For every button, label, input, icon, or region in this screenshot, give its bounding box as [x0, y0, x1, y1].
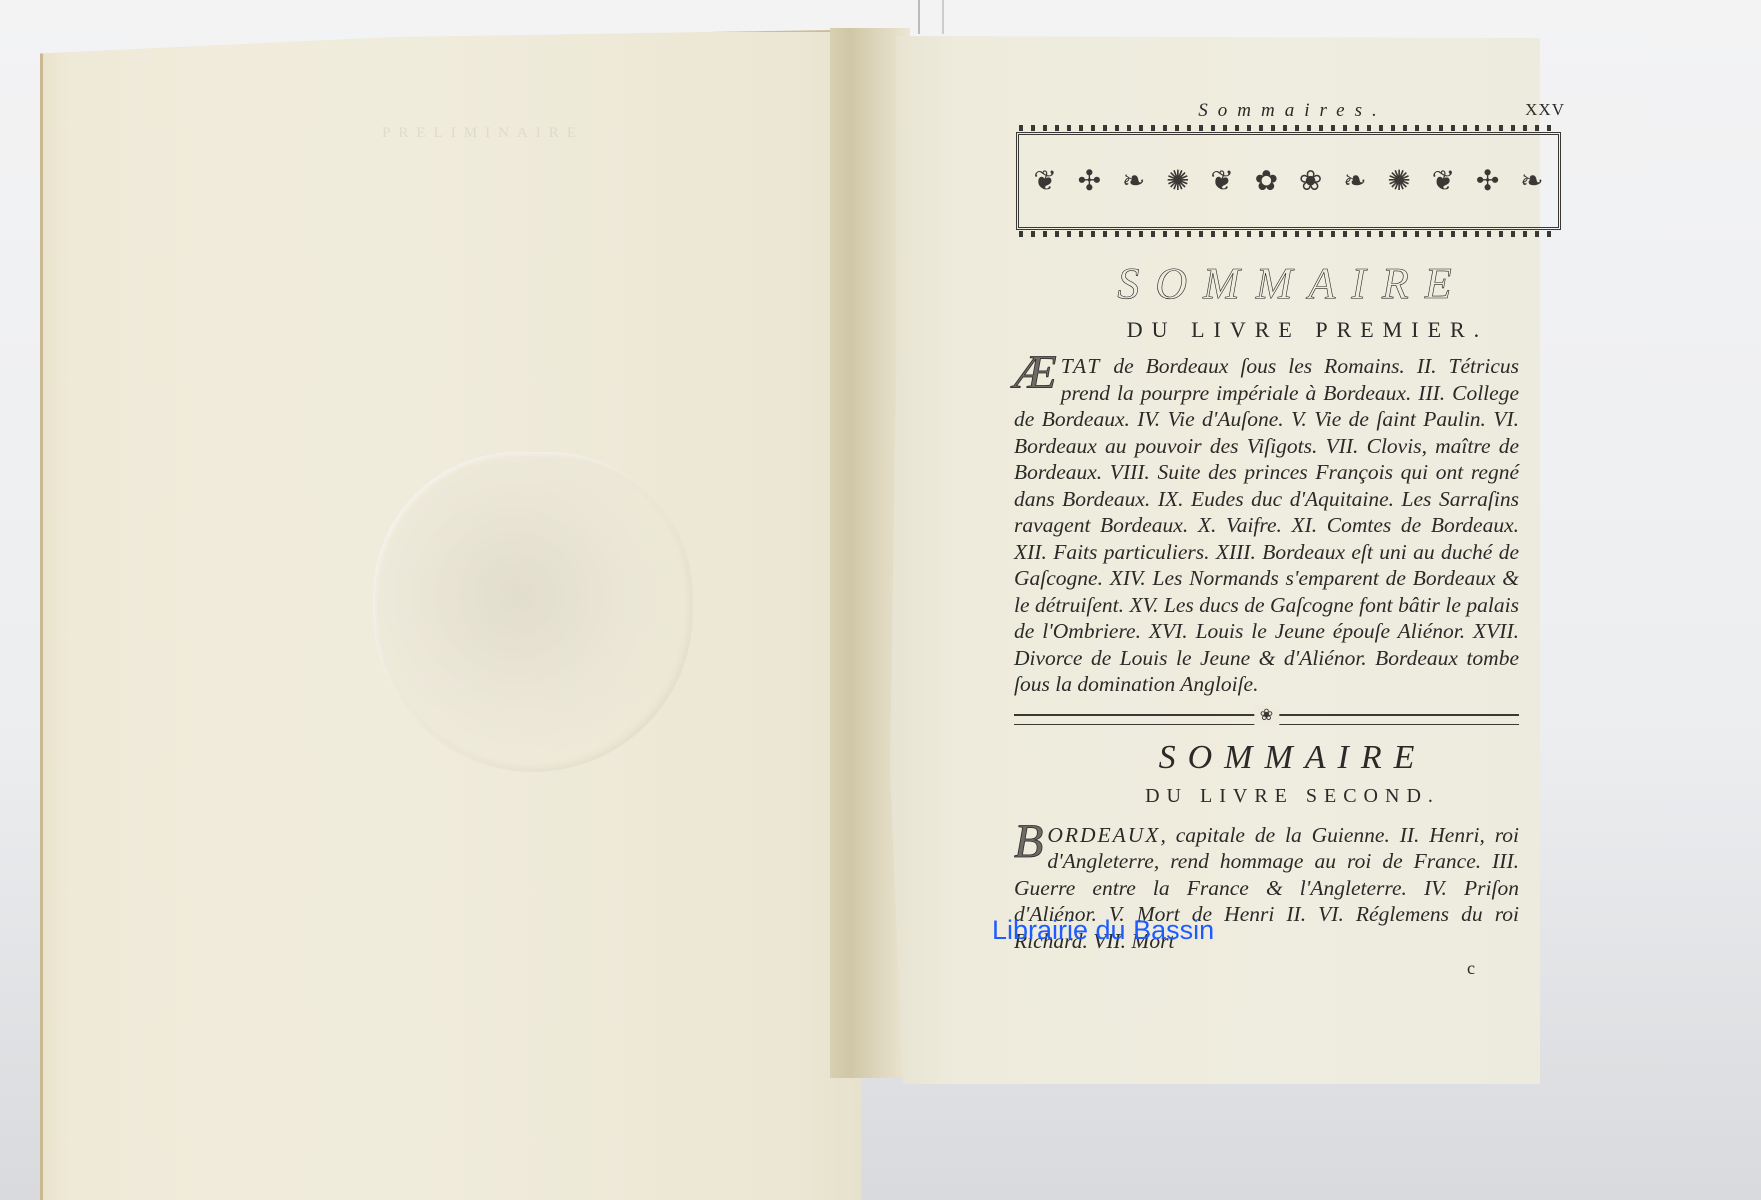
headpiece-ornament-icon: ✿ — [1255, 164, 1278, 198]
headpiece-ornament-icon: ❀ — [1299, 164, 1322, 198]
headpiece-ornament-icon: ❦ — [1432, 164, 1455, 198]
headpiece-ornament-icon: ✺ — [1166, 164, 1189, 198]
running-head-title: Sommaires. — [1198, 100, 1387, 121]
headpiece-ornament-icon: ❧ — [1520, 164, 1543, 198]
open-book: PRELIMINAIRE Sommaires. XXV ❦✣❧✺❦✿❀❧✺❦✣❧… — [0, 0, 1761, 1200]
lead-word: ORDEAUX — [1047, 823, 1160, 847]
headpiece-ornament-icon: ✣ — [1476, 164, 1499, 198]
section1-title: SOMMAIRE — [1020, 258, 1565, 309]
section2-title: SOMMAIRE — [1020, 739, 1565, 777]
embossed-crest — [373, 452, 693, 772]
right-page-content: Sommaires. XXV ❦✣❧✺❦✿❀❧✺❦✣❧ SOMMAIRE DU … — [1020, 100, 1565, 979]
bleed-through-header: PRELIMINAIRE — [293, 122, 673, 144]
headpiece-ornament-icon: ❧ — [1343, 164, 1366, 198]
left-page: PRELIMINAIRE — [40, 30, 923, 1200]
headpiece-ornament-icon: ❦ — [1210, 164, 1233, 198]
bleed-through-text: PRELIMINAIRE — [293, 122, 673, 352]
watermark-text: Librairie du Bassin — [992, 915, 1214, 946]
summary-text: de Bordeaux ſous les Romains. II. Tétric… — [1014, 354, 1519, 696]
section2-subtitle: DU LIVRE SECOND. — [1020, 785, 1565, 808]
headpiece-ornament-icon: ❦ — [1033, 164, 1056, 198]
decorative-headpiece: ❦✣❧✺❦✿❀❧✺❦✣❧ — [1016, 132, 1561, 230]
signature-mark: c — [1020, 958, 1565, 979]
headpiece-ornament-icon: ✺ — [1387, 164, 1410, 198]
binding-threads — [918, 0, 944, 34]
rule-ornament-icon: ❀ — [1254, 705, 1279, 725]
dropcap: B — [1014, 822, 1043, 862]
dropcap: Æ — [1014, 353, 1057, 393]
ornamental-rule: ❀ — [1014, 714, 1519, 725]
headpiece-ornament-icon: ❧ — [1122, 164, 1145, 198]
section1-summary: ÆTAT de Bordeaux ſous les Romains. II. T… — [1014, 353, 1519, 698]
lead-word: TAT — [1061, 354, 1102, 378]
headpiece-ornament-icon: ✣ — [1078, 164, 1101, 198]
page-number: XXV — [1525, 100, 1565, 120]
section1-subtitle: DU LIVRE PREMIER. — [1050, 317, 1565, 343]
